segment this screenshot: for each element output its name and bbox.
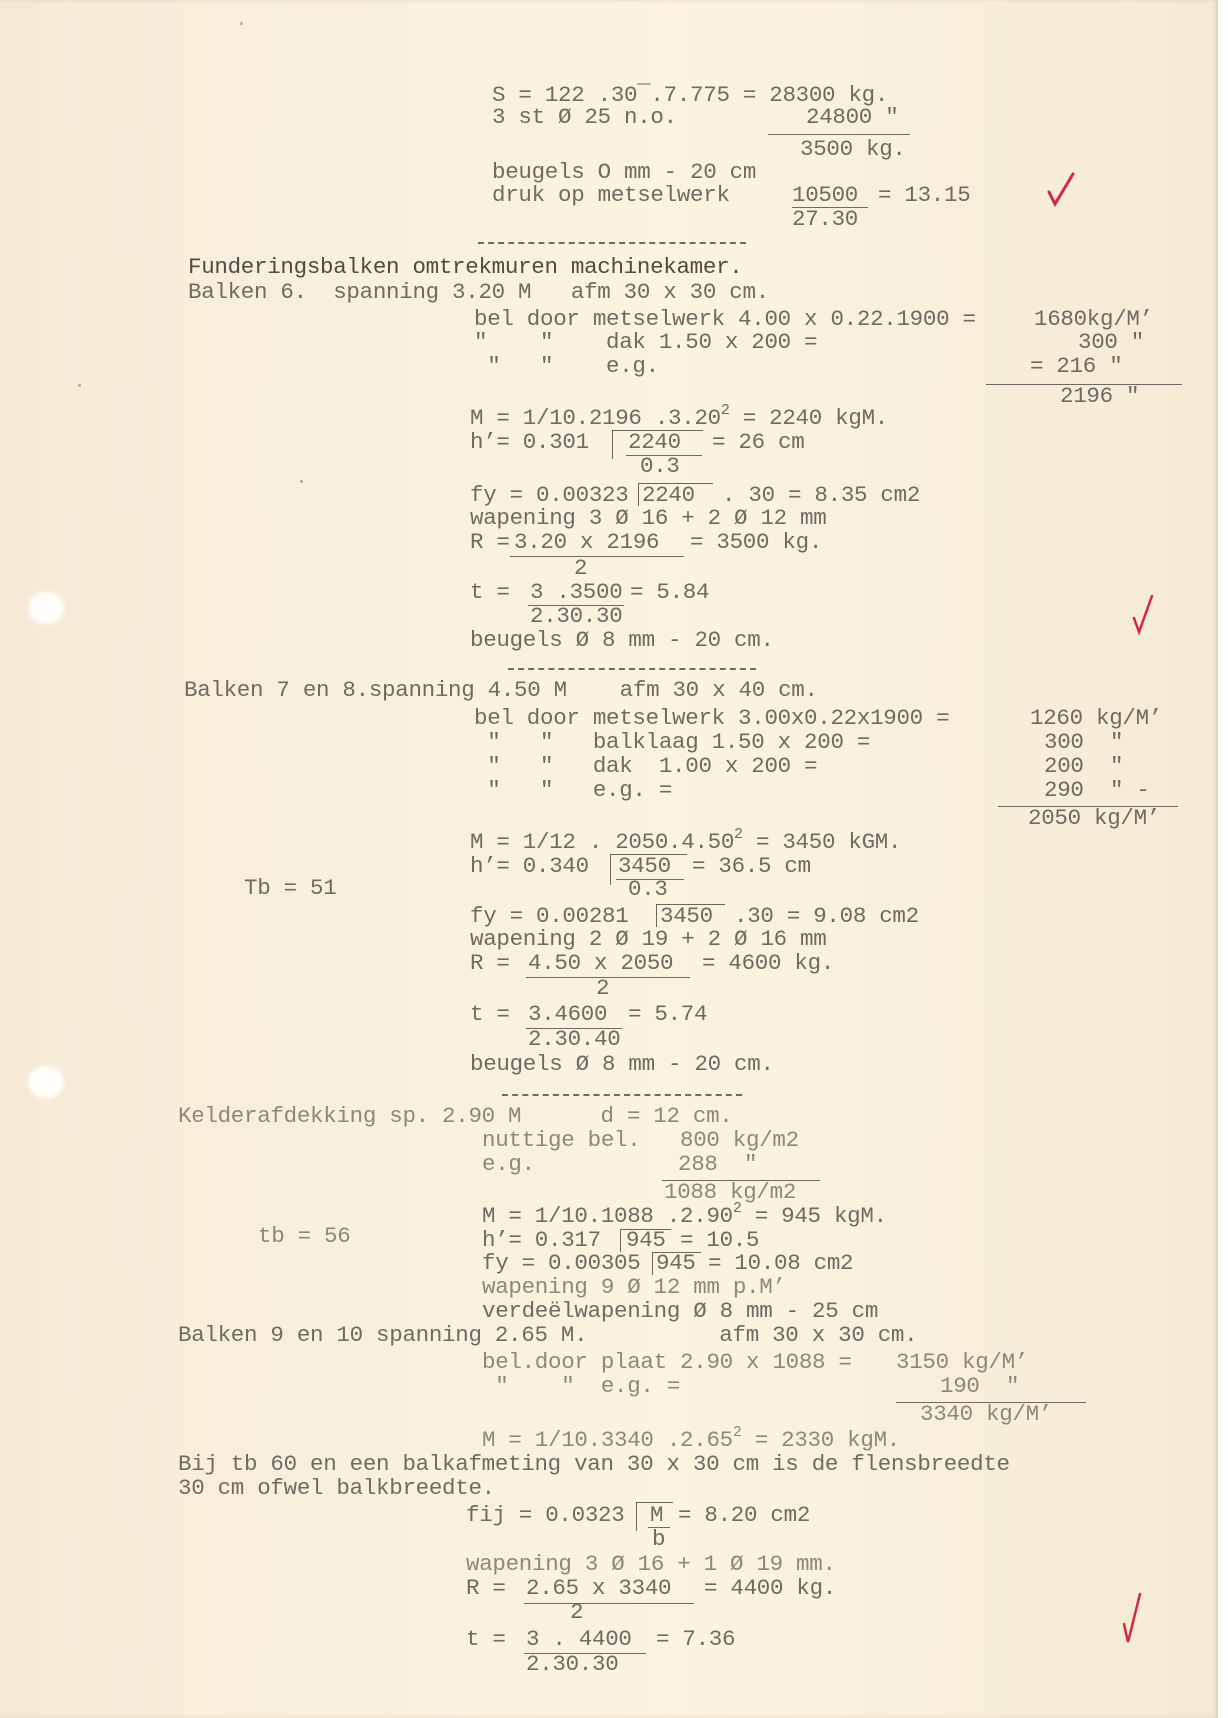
balk78-r-num: 4.50 x 2050 <box>528 951 673 975</box>
balk910-load-2-value: 190 " <box>940 1374 1019 1398</box>
balk78-t-den: 2.30.40 <box>528 1027 620 1051</box>
balk910-t-den: 2.30.30 <box>526 1652 618 1676</box>
sum-rule <box>768 134 910 135</box>
balk910-r-den: 2 <box>570 1600 583 1624</box>
paper-sheet: S = 122 .30¯.7.775 = 28300 kg. 3 st Ø 25… <box>0 0 1218 1718</box>
balk6-h-num: 2240 <box>628 430 681 454</box>
balk910-t: t = <box>466 1627 506 1651</box>
balk6-load-1-value: 1680kg/M’ <box>1034 307 1153 331</box>
kelder-side-note: tb = 56 <box>258 1224 350 1248</box>
balk910-r: R = <box>466 1576 506 1600</box>
balk6-wapening: wapening 3 Ø 16 + 2 Ø 12 mm <box>470 506 826 530</box>
balk910-r-num: 2.65 x 3340 <box>526 1576 671 1600</box>
checkmark-icon <box>1045 170 1077 208</box>
balk78-h-num: 3450 <box>618 854 671 878</box>
balk78-h-den: 0.3 <box>628 877 668 901</box>
balk910-wapening: wapening 3 Ø 16 + 1 Ø 19 mm. <box>466 1552 836 1576</box>
diff-value: 3500 kg. <box>800 137 906 161</box>
balk78-t: t = <box>470 1002 510 1026</box>
balk910-total: 3340 kg/M’ <box>920 1402 1052 1426</box>
kelder-header: Kelderafdekking sp. 2.90 M d = 12 cm. <box>178 1104 733 1128</box>
balk78-wapening: wapening 2 Ø 19 + 2 Ø 16 mm <box>470 927 826 951</box>
balk78-load-4-value: 290 " - <box>1044 778 1150 802</box>
balk78-fy-result: .30 = 9.08 cm2 <box>734 904 919 928</box>
balk910-fij-den: b <box>652 1527 665 1551</box>
kelder-eg-value: 288 " <box>678 1152 757 1176</box>
balk6-t-den: 2.30.30 <box>530 604 622 628</box>
balk6-fy-result: . 30 = 8.35 cm2 <box>722 483 920 507</box>
speck <box>78 384 81 387</box>
punch-hole <box>30 1068 62 1096</box>
balk910-header: Balken 9 en 10 spanning 2.65 M. afm 30 x… <box>178 1323 917 1347</box>
druk-num: 10500 <box>792 183 858 207</box>
beugels-top: beugels O mm - 20 cm <box>492 160 756 184</box>
balk78-t-result: = 5.74 <box>628 1002 707 1026</box>
balk910-fij: fij = 0.0323 <box>466 1503 624 1527</box>
balk6-beugels: beugels Ø 8 mm - 20 cm. <box>470 628 774 652</box>
balk78-r-den: 2 <box>596 976 609 1000</box>
balk910-r-result: = 4400 kg. <box>704 1576 836 1600</box>
balk6-load-3: " " e.g. <box>474 354 659 378</box>
separator <box>502 1094 742 1096</box>
balk6-h-result: = 26 cm <box>712 430 804 454</box>
balk910-load-2: " " e.g. = <box>482 1374 680 1398</box>
balk910-fij-result: = 8.20 cm2 <box>678 1503 810 1527</box>
balk78-total: 2050 kg/M’ <box>1028 806 1160 830</box>
kelder-eg-label: e.g. <box>482 1152 535 1176</box>
checkmark-icon <box>1130 592 1156 636</box>
balk78-header: Balken 7 en 8.spanning 4.50 M afm 30 x 4… <box>184 678 818 702</box>
balk78-fy: fy = 0.00281 <box>470 904 628 928</box>
balk6-load-3-value: = 216 " <box>1030 354 1122 378</box>
kelder-h-result: = 10.5 <box>680 1228 759 1252</box>
balk78-r: R = <box>470 951 510 975</box>
balk910-note-2: 30 cm ofwel balkbreedte. <box>178 1476 495 1500</box>
balk910-note-1: Bij tb 60 en een balkafmeting van 30 x 3… <box>178 1452 1010 1476</box>
balk6-h-den: 0.3 <box>640 454 680 478</box>
balk78-load-1-value: 1260 kg/M’ <box>1030 706 1162 730</box>
balk910-fij-num: M <box>650 1503 663 1527</box>
separator <box>478 242 746 244</box>
checkmark-icon <box>1120 1590 1144 1646</box>
kelder-nuttige-label: nuttige bel. <box>482 1128 640 1152</box>
kelder-fy-root: 945 <box>656 1251 696 1275</box>
balk78-h: h’= 0.340 <box>470 854 589 878</box>
balk78-load-2: " " balklaag 1.50 x 200 = <box>474 730 870 754</box>
kelder-wapening: wapening 9 Ø 12 mm p.M’ <box>482 1275 786 1299</box>
balk6-fy-root: 2240 <box>642 483 695 507</box>
balk6-h: h’= 0.301 <box>470 430 589 454</box>
fraction-rule <box>524 1603 694 1604</box>
st-line: 3 st Ø 25 n.o. <box>492 105 677 129</box>
kelder-h-root: 945 <box>626 1228 666 1252</box>
balk78-load-3-value: 200 " <box>1044 754 1123 778</box>
balk6-t-num: 3 .3500 <box>530 580 622 604</box>
balk78-side-note: Tb = 51 <box>244 876 336 900</box>
balk78-load-2-value: 300 " <box>1044 730 1123 754</box>
kelder-fy-result: = 10.08 cm2 <box>708 1251 853 1275</box>
kelder-h: h’= 0.317 <box>482 1228 601 1252</box>
druk-den: 27.30 <box>792 207 858 231</box>
druk-result: = 13.15 <box>878 183 970 207</box>
punch-hole <box>30 594 62 622</box>
separator <box>508 668 756 670</box>
speck <box>300 480 303 483</box>
balk6-header: Balken 6. spanning 3.20 M afm 30 x 30 cm… <box>188 280 769 304</box>
druk-label: druk op metselwerk <box>492 183 730 207</box>
balk6-r-num: 3.20 x 2196 <box>514 530 659 554</box>
balk78-fy-root: 3450 <box>660 904 713 928</box>
balk78-load-3: " " dak 1.00 x 200 = <box>474 754 817 778</box>
balk6-load-2: " " dak 1.50 x 200 = <box>474 330 817 354</box>
balk6-r-result: = 3500 kg. <box>690 530 822 554</box>
balk6-r: R = <box>470 530 510 554</box>
balk910-load-1: bel.door plaat 2.90 x 1088 = <box>482 1350 852 1374</box>
balk6-total: 2196 " <box>1060 384 1139 408</box>
balk6-t-result: = 5.84 <box>630 580 709 604</box>
balk6-load-2-value: 300 " <box>1078 330 1144 354</box>
balk78-t-num: 3.4600 <box>528 1002 607 1026</box>
balk6-fy: fy = 0.00323 <box>470 483 628 507</box>
balk910-t-num: 3 . 4400 <box>526 1627 632 1651</box>
balk6-t: t = <box>470 580 510 604</box>
kelder-fy: fy = 0.00305 <box>482 1251 640 1275</box>
balk78-h-result: = 36.5 cm <box>692 854 811 878</box>
section-title: Funderingsbalken omtrekmuren machinekame… <box>188 255 743 279</box>
balk78-load-1: bel door metselwerk 3.00x0.22x1900 = <box>474 706 949 730</box>
fraction-rule <box>510 556 684 557</box>
kelder-nuttige-value: 800 kg/m2 <box>680 1128 799 1152</box>
balk78-load-4: " " e.g. = <box>474 778 672 802</box>
balk78-beugels: beugels Ø 8 mm - 20 cm. <box>470 1052 774 1076</box>
balk6-r-den: 2 <box>574 556 587 580</box>
balk6-load-1: bel door metselwerk 4.00 x 0.22.1900 = <box>474 307 976 331</box>
kelder-total: 1088 kg/m2 <box>664 1180 796 1204</box>
balk910-load-1-value: 3150 kg/M’ <box>896 1350 1028 1374</box>
balk78-r-result: = 4600 kg. <box>702 951 834 975</box>
speck <box>240 22 243 25</box>
kelder-verdeel: verdeëlwapening Ø 8 mm - 25 cm <box>482 1299 878 1323</box>
st-value: 24800 " <box>806 105 898 129</box>
balk910-t-result: = 7.36 <box>656 1627 735 1651</box>
